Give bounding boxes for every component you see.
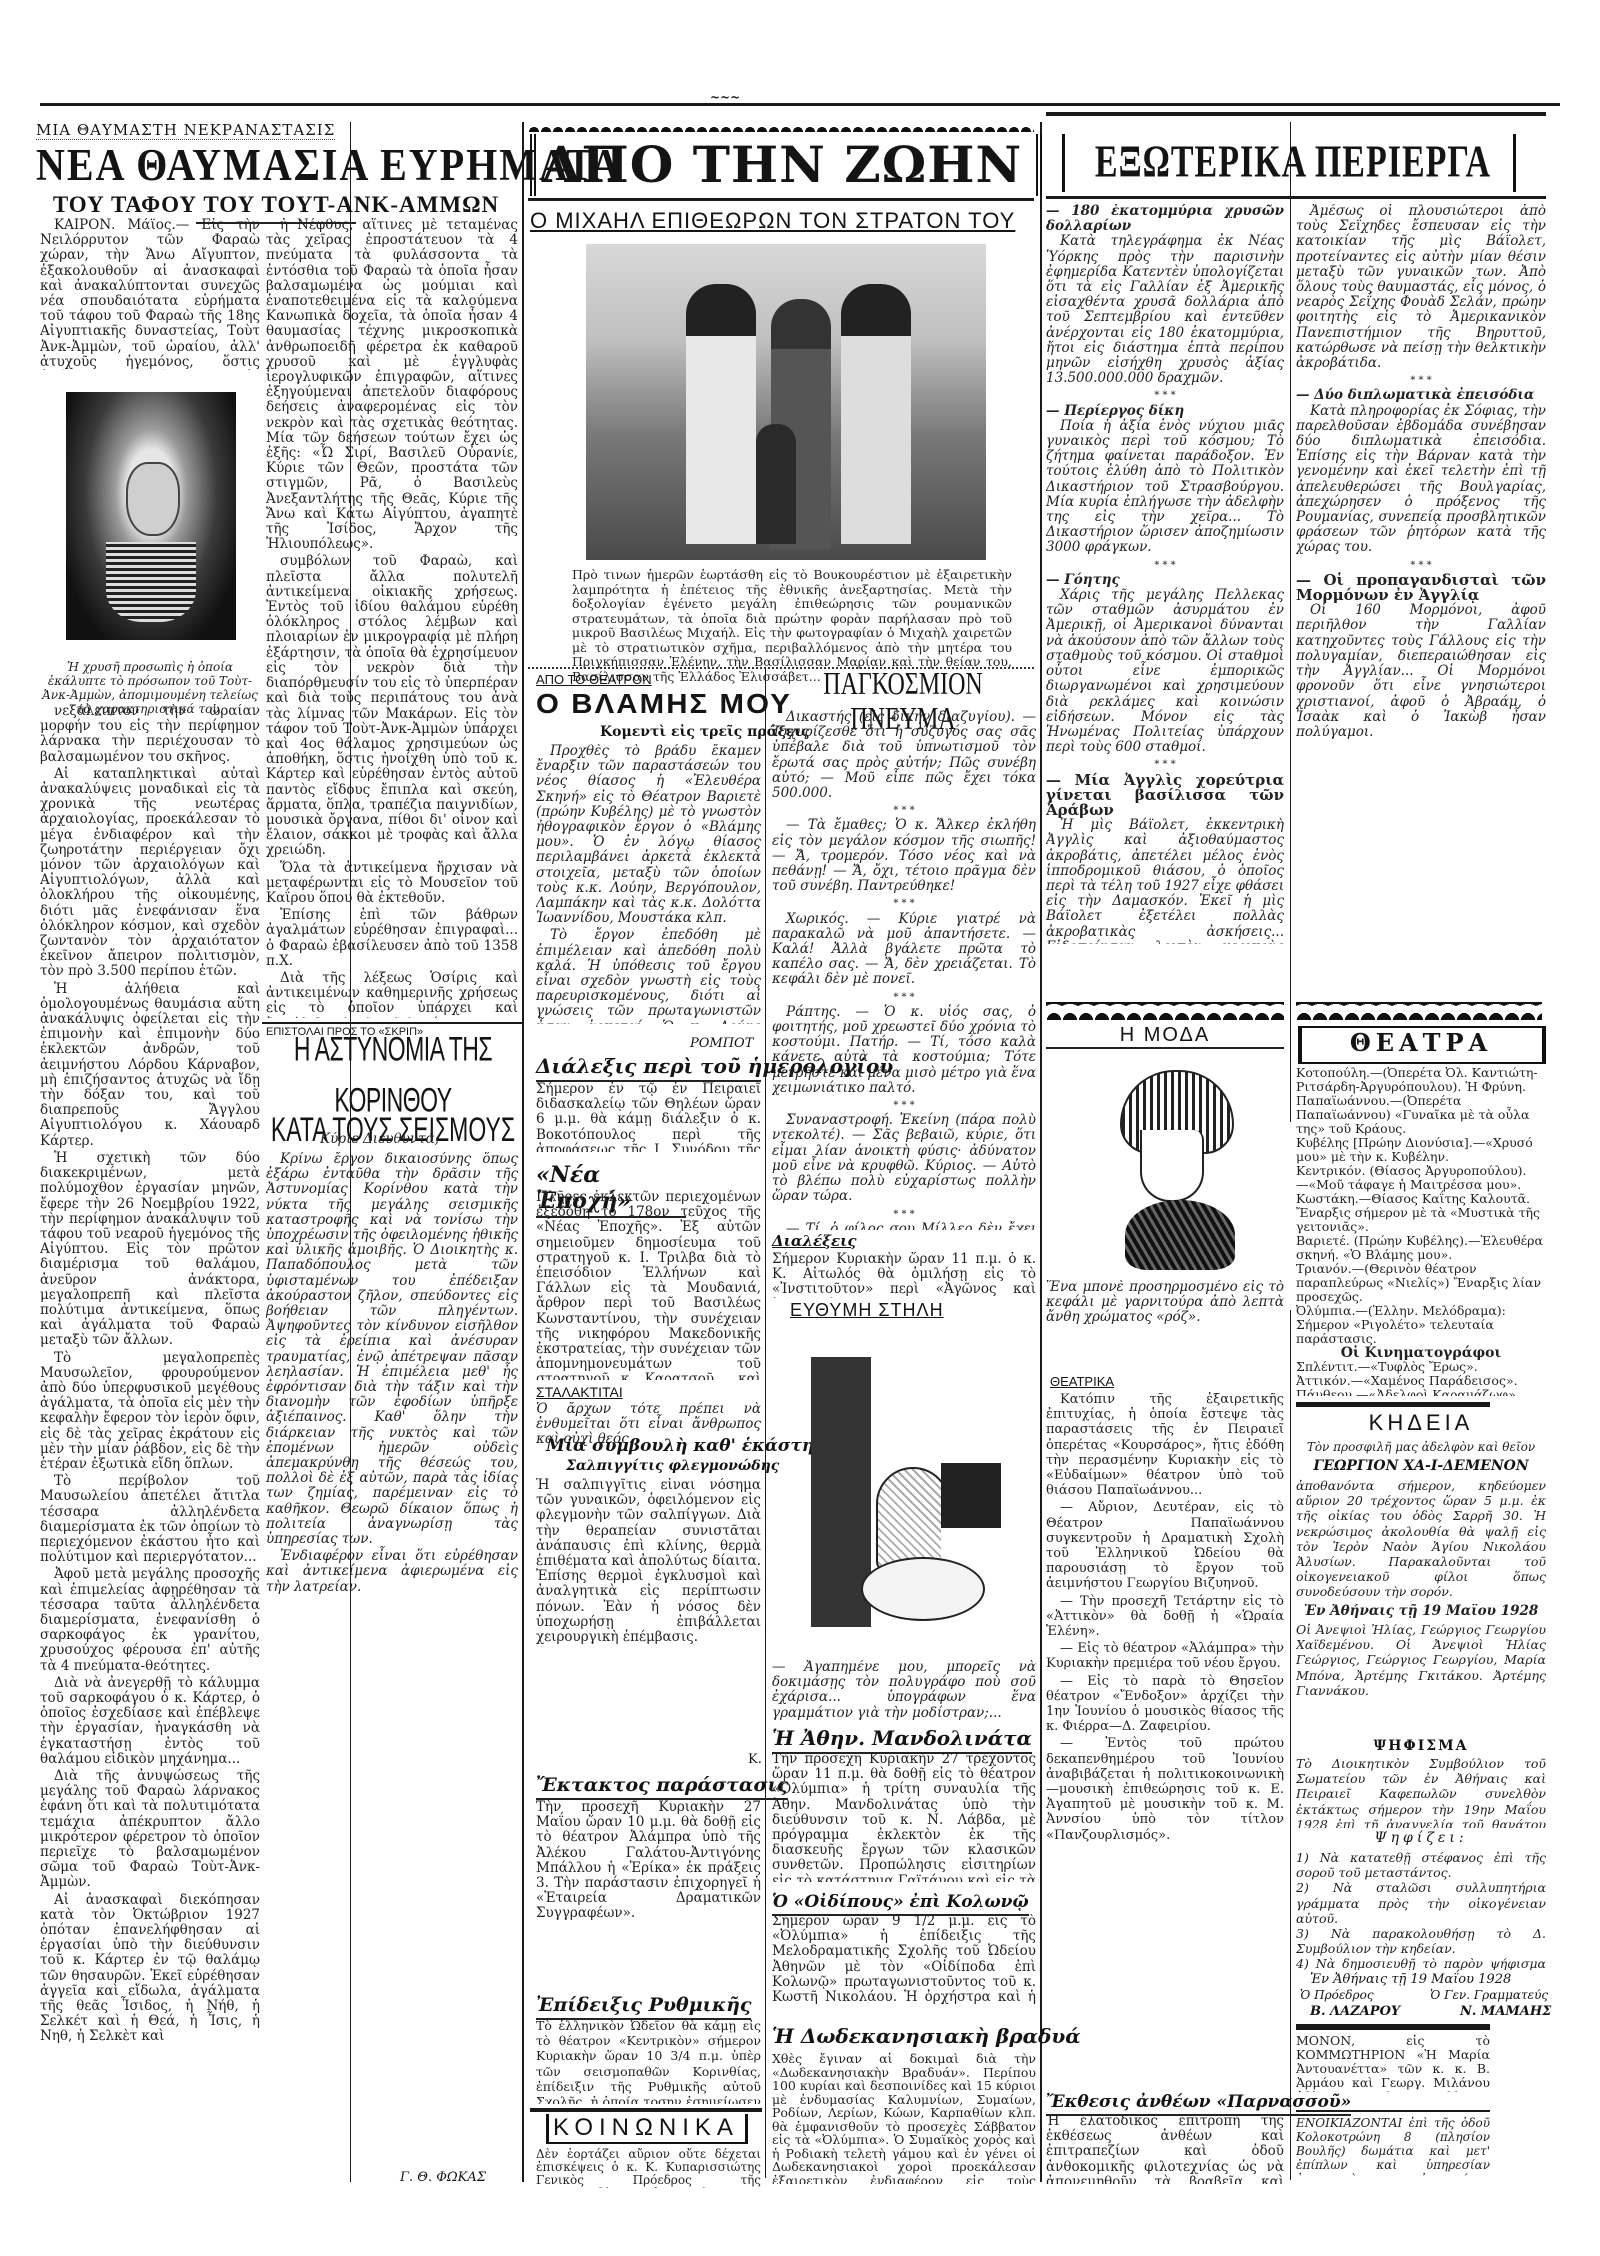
kideia-body: ἀποθανόντα σήμερον, κηδεύομεν αὔριον 20 … <box>1296 1478 1546 1598</box>
resolution: 4) Νὰ δημοσιευθῇ τὸ παρὸν ψήφισμα εἰς τὸ… <box>1296 1956 1546 1970</box>
psifizei-label: Ψηφίζει: <box>1296 1830 1546 1846</box>
theatra-title: ΘΕΑΤΡΑ <box>1298 1026 1544 1060</box>
nea-epochi-body: Πλῆρες ἐκλεκτῶν περιεχομένων ἐξεδόθη τὸ … <box>536 1190 761 1380</box>
vlamis-body: Προχθὲς τὸ βράδυ ἔκαμεν ἔναρξιν τῶν παρα… <box>536 744 761 1024</box>
column-divider <box>1040 122 1042 2182</box>
fashion-illustration <box>1070 1060 1270 1270</box>
listing: Κυβέλης [Πρώην Διονύσια].—«Χρυσό μου» μὲ… <box>1296 1136 1546 1164</box>
theatrika-body: Κατόπιν τῆς ἐξαιρετικῆς ἐπιτυχίας, ἡ ὁπο… <box>1046 1392 1284 2014</box>
wave-divider <box>1296 1002 1542 1020</box>
president-label: Ὁ Πρόεδρος <box>1300 1988 1374 2002</box>
mormons-title: — Οἱ προπαγανδισταὶ τῶν Μορμόνων ἐν Ἀγγλ… <box>1296 573 1546 603</box>
kideia-rule <box>1296 1402 1490 1407</box>
resolution: 2) Νὰ σταλῶσι συλλυπητήρια γράμματα πρὸς… <box>1296 1880 1546 1926</box>
lecture-body: Σήμερον ἐν τῷ ἐν Πειραιεῖ διδασκαλείῳ τῶ… <box>536 1082 761 1152</box>
psifisma-title: ΨΗΦΙΣΜΑ <box>1296 1738 1546 1754</box>
listing: Κωστάκη.—Θίασος Καΐτης Καλουτᾶ. Ἔναρξις … <box>1296 1192 1546 1234</box>
figure-right <box>841 284 911 544</box>
kideia-name: ΓΕΩΡΓΙΟΝ ΧΑ-Ι-ΔΕΜΕΝΟΝ <box>1296 1458 1546 1474</box>
salpingitis-body: Ἡ σαλπιγγῖτις εἶναι νόσημα τῶν γυναικῶν,… <box>536 1478 761 1748</box>
listing: Κοτοπούλη.—(Ὀπερέτα Ὀλ. Καντιώτη-Ριτσάρδ… <box>1296 1066 1546 1094</box>
ektaktos-body: Τὴν προσεχῆ Κυριακὴν 27 Μαΐου ὥραν 10 μ.… <box>536 1800 761 1950</box>
epideixis-body: Τὸ ἑλληνικὸν Ὠδεῖον θὰ κάμῃ εἰς τὸ θέατρ… <box>536 2018 761 2104</box>
parnassos-title: Ἔκθεσις ἀνθέων «Παρνασσοῦ» <box>1046 2092 1351 2116</box>
corinth-body: Κρίνω ἔργον δικαιοσύνης ὅπως ἐξάρω ἐνταῦ… <box>266 1152 518 2162</box>
masthead-rule <box>40 103 1560 106</box>
column-divider <box>1290 122 1291 1122</box>
corinth-salutation: Κύριε Διευθυντά, <box>320 1132 520 1147</box>
secretary-label: Ὁ Γεν. Γραμματεύς <box>1430 1988 1548 2002</box>
gold-dollars-title: — 180 ἑκατομμύρια χρυσῶν δολλαρίων <box>1046 204 1284 234</box>
tut-article: ΜΙΑ ΘΑΥΜΑΣΤΗ ΝΕΚΡΑΝΑΣΤΑΣΙΣ ΝΕΑ ΘΑΥΜΑΣΙΑ … <box>36 120 516 228</box>
kommotirion-ad: ΜΟΝΟΝ, εἰς τὸ ΚΟΜΜΩΤΗΡΙΟΝ «Ἡ Μαρία Ἀντου… <box>1296 2034 1490 2092</box>
ad-rule <box>1296 2110 1490 2112</box>
epideixis-title: Ἐπίδειξις Ρυθμικῆς <box>536 1994 751 2020</box>
exoterika-headline: ΕΞΩΤΕΡΙΚΑ ΠΕΡΙΕΡΓΑ <box>1046 124 1540 202</box>
president-name: Β. ΛΑΖΑΡΟΥ <box>1310 2004 1400 2019</box>
column-divider <box>765 668 766 2178</box>
boy-king <box>756 424 796 544</box>
cinema-listing: Σπλέντιτ.—«Τυφλὸς Ἔρως». <box>1296 1360 1546 1374</box>
golden-mask-photo <box>66 392 236 640</box>
michael-photo <box>586 244 986 560</box>
vlamis-title: Ο ΒΛΑΜΗΣ ΜΟΥ <box>536 688 772 720</box>
tut-lead: ΚΑΙΡΟΝ. Μάϊος.— Εἰς τὴν Νειλόρρυτον τῶν … <box>40 218 260 370</box>
zoe-top-border <box>528 122 1034 132</box>
cartoon-illustration <box>790 1326 1032 1648</box>
wave-divider <box>1046 1002 1284 1020</box>
oidipous-title: Ὁ «Οἰδίπους» ἐπὶ Κολωνῷ <box>772 1892 1029 1916</box>
theatre-kicker: ΑΠΟ ΤΟ ΘΕΑΤΡΟΝ <box>536 672 652 687</box>
woman-profile <box>1140 1130 1204 1202</box>
moda-title: Η ΜΟΔΑ <box>1046 1024 1284 1049</box>
listing: Ὀλύμπια.—(Ἑλλην. Μελόδραμα): Σήμερον «Ρι… <box>1296 1304 1546 1346</box>
psifisma-resolutions: 1) Νὰ κατατεθῇ στέφανος ἐπὶ τῆς σοροῦ το… <box>1296 1850 1546 1970</box>
cinema-listing: Πάνθεον.—«Ἀδελφοὶ Καραμάζωφ». <box>1296 1388 1546 1396</box>
secretary-name: Ν. ΜΑΜΑΗΣ <box>1460 2004 1551 2019</box>
cinemas-title: Οἱ Κινηματογράφοι <box>1296 1346 1546 1360</box>
column-divider <box>1290 1310 1291 2180</box>
exoterika-right: Ἀμέσως οἱ πλουσιώτεροι ἀπὸ τοὺς Σεΐχηδες… <box>1296 204 1546 944</box>
radio-title: — Γόητης <box>1046 573 1284 588</box>
kideia-mourners: Οἱ Ἀνεψιοὶ Ἠλίας, Γεώργιος Γεωργίου Χαϊδ… <box>1296 1622 1546 1722</box>
vlamis-signature: ΡΟΜΠΟΤ <box>690 1036 753 1051</box>
cartoon-caption: — Ἀγαπημένε μου, μπορεῖς νὰ δοκιμάσῃς τὸ… <box>772 1660 1036 1721</box>
tut-headline-2: ΤΟΥ ΤΑΦΟΥ ΤΟΥ ΤΟΥΤ-ΑΝΚ-ΑΜΜΩΝ <box>36 190 516 220</box>
lecture-title: Διάλεξις περὶ τοῦ ἡμερολογίου <box>536 1054 761 1082</box>
advice-signature: Κ. <box>748 1752 762 1767</box>
pneuma-jokes: Δικαστής (εἰς δίκην διαζυγίου). — Ἰσχυρί… <box>772 710 1036 1230</box>
mandolinata-title: Ἡ Ἀθην. Μανδολινάτα <box>772 1726 1032 1754</box>
listing: Τριανόν.—(Θερινὸν θέατρον παραπλεύρως «Ν… <box>1296 1262 1546 1304</box>
kideia-title: ΚΗΔΕΙΑ <box>1296 1410 1546 1436</box>
koinonika-body: Δὲν ἑορτάζει αὔριον οὔτε δέχεται ἐπισκέψ… <box>536 2148 761 2188</box>
strange-trial-title: — Περίεργος δίκη <box>1046 404 1284 419</box>
stalaktitai-title: ΣΤΑΛΑΚΤΙΤΑΙ <box>536 1384 623 1400</box>
exoterika-left: — 180 ἑκατομμύρια χρυσῶν δολλαρίων Κατὰ … <box>1046 204 1284 944</box>
dodekanisiaki-title: Ἡ Δωδεκανησιακὴ βραδυά <box>772 2024 1081 2050</box>
salpingitis-title: Σαλπιγγίτις φλεγμονώδης <box>566 1458 779 1474</box>
ethimi-title: ΕΥΘΥΜΗ ΣΤΗΛΗ <box>790 1300 944 1321</box>
dancer-queen-title: — Μία Ἀγγλὶς χορεύτρια γίνεται βασίλισσα… <box>1046 773 1284 819</box>
listing: Παπαϊωάννου.—(Ὀπερέτα Παπαϊωάννου) «Γυνα… <box>1296 1094 1546 1136</box>
diplomatic-incidents-title: — Δύο διπλωματικὰ ἐπεισόδια <box>1296 388 1546 403</box>
armchair <box>876 1467 950 1571</box>
enoikiazontai-ad: ΕΝΟΙΚΙΑΖΟΝΤΑΙ ἐπὶ τῆς ὁδοῦ Κολοκοτρώνη 8… <box>1296 2116 1490 2176</box>
mask-collar <box>106 542 196 622</box>
corinth-headline: Η ΑΣΤΥΝΟΜΙΑ ΤΗΣ ΚΟΡΙΝΘΟΥ ΚΑΤΑ ΤΟΥΣ ΣΕΙΣΜ… <box>262 1040 524 1146</box>
dialexeis-body: Σήμερον Κυριακὴν ὥραν 11 π.μ. ὁ κ. Κ. Αἰ… <box>772 1252 1036 1298</box>
ad-rule <box>1296 2024 1490 2030</box>
cinema-listing: Ἀττικόν.—«Χαμένος Παράδεισος». <box>1296 1374 1546 1388</box>
mask-face-icon <box>126 462 180 536</box>
parnassos-body: Ἡ ἐλατόδικος ἐπιτροπὴ τῆς ἐκθέσεως ἀνθέω… <box>1046 2114 1284 2184</box>
kideia-date: Ἐν Ἀθήναις τῇ 19 Μαΐου 1928 <box>1296 1604 1546 1619</box>
zoe-subhead: Ο ΜΙΧΑΗΛ ΕΠΙΘΕΩΡΩΝ ΤΟΝ ΣΤΡΑΤΟΝ ΤΟΥ <box>530 208 1034 234</box>
listing: Κεντρικόν. (Θίασος Ἀργυροπούλου).—«Μοῦ τ… <box>1296 1164 1546 1192</box>
ektaktos-title: Ἔκτακτος παράστασις <box>536 1774 788 1800</box>
corinth-signature: Γ. Θ. ΦΩΚΑΣ <box>400 2170 486 2185</box>
exoterika-rule <box>1046 196 1546 199</box>
exoterika-top-rule <box>1046 112 1546 116</box>
listing: Βαριετέ. (Πρώην Κυβέλης).—Ἐλευθέρα σκηνή… <box>1296 1234 1546 1262</box>
tut-body-left: νεξάλειπτον τὴν ὡραίαν μορφήν του εἰς τὴ… <box>40 704 260 2194</box>
page-marker: ~~~ <box>710 90 740 104</box>
fur-collar <box>1125 1200 1235 1270</box>
kideia-intro: Τὸν προσφιλῆ μας ἀδελφὸν καὶ θεῖον <box>1296 1440 1546 1455</box>
psifisma-body: Τὸ Διοικητικὸν Συμβούλιον τοῦ Σωματείου … <box>1296 1756 1546 1828</box>
seated-woman-figure <box>941 1437 1001 1567</box>
dialexeis-title: Διαλέξεις <box>772 1232 856 1250</box>
tut-body-right: ἡ Νέφθυς, αἵτινες μὲ τεταμένας τὰς χεῖρα… <box>266 218 518 1018</box>
theatrika-title: ΘΕΑΤΡΙΚΑ <box>1050 1374 1114 1389</box>
tut-headline: ΝΕΑ ΘΑΥΜΑΣΙΑ ΕΥΡΗΜΑΤΑ <box>36 136 516 194</box>
zoe-headline: ΑΠΟ ΤΗΝ ΖΩΗΝ <box>530 134 1034 196</box>
theatra-listings: Κοτοπούλη.—(Ὀπερέτα Ὀλ. Καντιώτη-Ριτσάρδ… <box>1296 1066 1546 1396</box>
moda-caption: Ἕνα μπονὲ προσηρμοσμένο εἰς τὸ κεφάλι μὲ… <box>1046 1280 1284 1326</box>
koinonika-rule <box>530 2108 762 2112</box>
resolution: 3) Νὰ παρακολουθήσῃ τὸ Δ. Συμβούλιον τὴν… <box>1296 1926 1546 1956</box>
daily-advice-title: Μία συμβουλὴ καθ' ἑκάστην <box>546 1436 826 1456</box>
oidipous-body: Σήμερον ὥραν 9 1/2 μ.μ. εἰς τὸ «Ὀλύμπια»… <box>772 1914 1036 2004</box>
dodekanisiaki-body: Χθὲς ἔγιναν αἱ δοκιμαὶ διὰ τὴν «Δωδεκανη… <box>772 2052 1036 2184</box>
koinonika-title: ΚΟΙΝΩΝΙΚΑ <box>546 2114 746 2142</box>
figure-left <box>686 284 756 544</box>
mandolinata-body: Τὴν προσεχῆ Κυριακὴν 27 τρέχοντος ὥραν 1… <box>772 1752 1036 1882</box>
round-table <box>861 1557 985 1621</box>
resolution: 1) Νὰ κατατεθῇ στέφανος ἐπὶ τῆς σοροῦ το… <box>1296 1850 1546 1880</box>
zoe-rule <box>528 198 1034 201</box>
psifisma-office: Ἐν Ἀθήναις τῇ 19 Μαΐου 1928 <box>1310 1972 1511 1987</box>
